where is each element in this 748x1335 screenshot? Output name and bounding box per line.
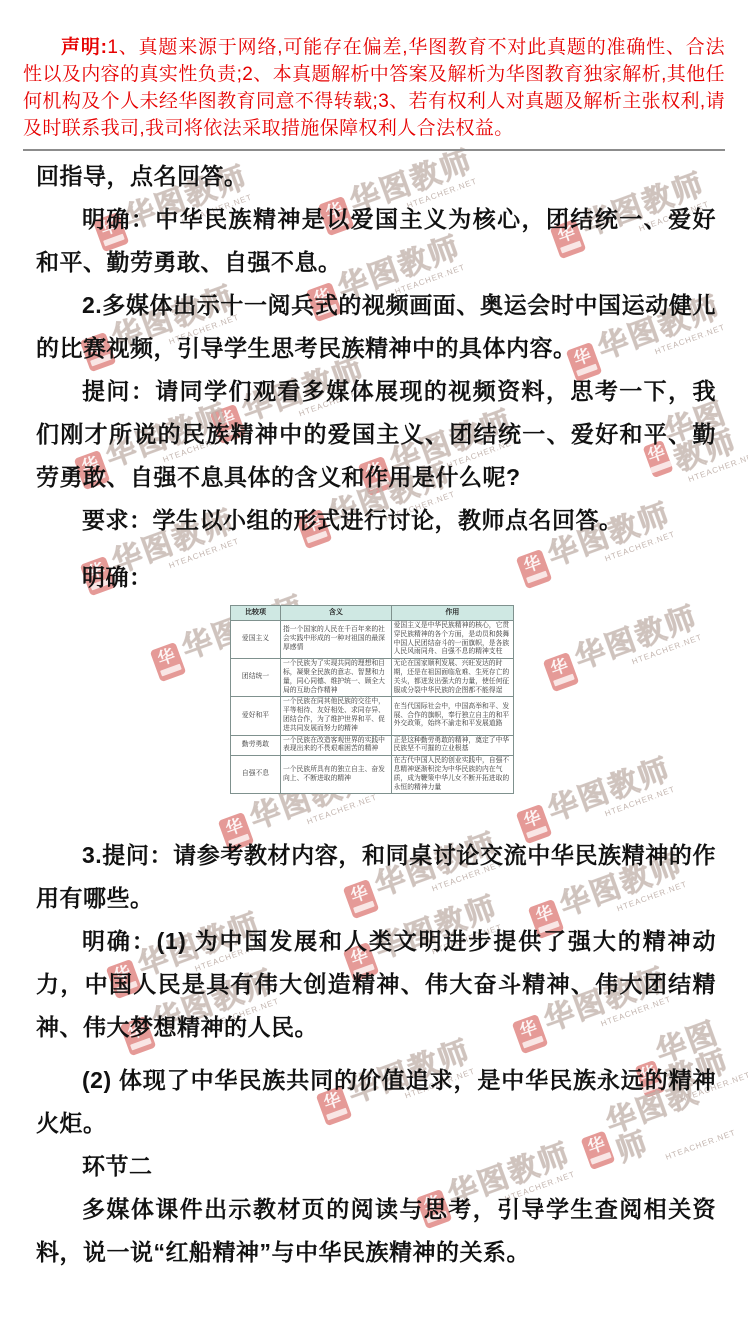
paragraph: (2) 体现了中华民族共同的价值追求，是中华民族永远的精神火炬。 [36,1059,716,1145]
table-row: 爱国主义指一个国家的人民在千百年来的社会实践中形成的一种对祖国的最深厚感情爱国主… [231,621,514,659]
table-row: 自强不息一个民族所具有的独立自主、奋发向上、不断进取的精神在古代中国人民的创业实… [231,756,514,794]
document-content: 回指导，点名回答。明确：中华民族精神是以爱国主义为核心，团结统一、爱好和平、勤劳… [36,155,716,1274]
disclaimer: 声明:1、真题来源于网络,可能存在偏差,华图教育不对此真题的准确性、合法性以及内… [23,34,725,142]
national-spirit-table: 比较项 含义 作用 爱国主义指一个国家的人民在千百年来的社会实践中形成的一种对祖… [230,605,514,794]
paragraph: 3.提问：请参考教材内容，和同桌讨论交流中华民族精神的作用有哪些。 [36,834,716,920]
national-spirit-table-wrap: 比较项 含义 作用 爱国主义指一个国家的人民在千百年来的社会实践中形成的一种对祖… [230,605,514,794]
cell-function: 在当代国际社会中，中国高举和平、发展、合作的旗帜，奉行独立自主的和平外交政策，始… [391,697,513,735]
paragraph: 回指导，点名回答。 [36,155,716,198]
paragraph: 明确：(1) 为中国发展和人类文明进步提供了强大的精神动力，中国人民是具有伟大创… [36,920,716,1049]
paragraph: 提问：请同学们观看多媒体展现的视频资料，思考一下，我们刚才所说的民族精神中的爱国… [36,370,716,499]
cell-function: 无论在国家顺利发展、兴旺发达的时期，还是在祖国面临危难、生死存亡的关头，都迸发出… [391,659,513,697]
cell-meaning: 一个民族在同其他民族的交往中，平等相待、友好相处、求同存异、团结合作，为了维护世… [281,697,392,735]
cell-item: 勤劳勇敢 [231,735,281,756]
cell-function: 在古代中国人民的创业实践中，自强不息精神逐渐积淀为中华民族的内在气质，成为鞭策中… [391,756,513,794]
cell-item: 爱好和平 [231,697,281,735]
cell-meaning: 一个民族为了实现共同的理想和目标，凝聚全民族的意志、智慧和力量，同心同德、维护统… [281,659,392,697]
cell-item: 自强不息 [231,756,281,794]
cell-function: 正是这种勤劳勇敢的精神，奠定了中华民族坚不可摧的立业根基 [391,735,513,756]
table-row: 勤劳勇敢一个民族在改造客观世界的实践中表现出来的不畏艰难困苦的精神正是这种勤劳勇… [231,735,514,756]
table-header-meaning: 含义 [281,606,392,621]
cell-meaning: 一个民族在改造客观世界的实践中表现出来的不畏艰难困苦的精神 [281,735,392,756]
disclaimer-text: 1、真题来源于网络,可能存在偏差,华图教育不对此真题的准确性、合法性以及内容的真… [23,37,725,139]
paragraph: 要求：学生以小组的形式进行讨论，教师点名回答。 [36,499,716,542]
cell-item: 爱国主义 [231,621,281,659]
paragraph: 明确： [36,556,716,599]
table-header-function: 作用 [391,606,513,621]
document-page: 华华图教师HTEACHER.NET华华图教师HTEACHER.NET华华图教师H… [0,0,748,1335]
cell-item: 团结统一 [231,659,281,697]
paragraph-group-bottom: 3.提问：请参考教材内容，和同桌讨论交流中华民族精神的作用有哪些。明确：(1) … [36,834,716,1274]
cell-meaning: 一个民族所具有的独立自主、奋发向上、不断进取的精神 [281,756,392,794]
paragraph: 2.多媒体出示十一阅兵式的视频画面、奥运会时中国运动健儿的比赛视频，引导学生思考… [36,284,716,370]
separator-line [23,149,725,151]
paragraph: 环节二 [36,1145,716,1188]
cell-function: 爱国主义是中华民族精神的核心，它贯穿民族精神的各个方面，是动员和鼓舞中国人民团结… [391,621,513,659]
cell-meaning: 指一个国家的人民在千百年来的社会实践中形成的一种对祖国的最深厚感情 [281,621,392,659]
paragraph-group-top: 回指导，点名回答。明确：中华民族精神是以爱国主义为核心，团结统一、爱好和平、勤劳… [36,155,716,599]
disclaimer-label: 声明: [61,37,107,58]
paragraph: 明确：中华民族精神是以爱国主义为核心，团结统一、爱好和平、勤劳勇敢、自强不息。 [36,198,716,284]
table-row: 团结统一一个民族为了实现共同的理想和目标，凝聚全民族的意志、智慧和力量，同心同德… [231,659,514,697]
table-row: 爱好和平一个民族在同其他民族的交往中，平等相待、友好相处、求同存异、团结合作，为… [231,697,514,735]
table-header-row: 比较项 含义 作用 [231,606,514,621]
table-header-item: 比较项 [231,606,281,621]
paragraph: 多媒体课件出示教材页的阅读与思考，引导学生查阅相关资料，说一说“红船精神”与中华… [36,1188,716,1274]
